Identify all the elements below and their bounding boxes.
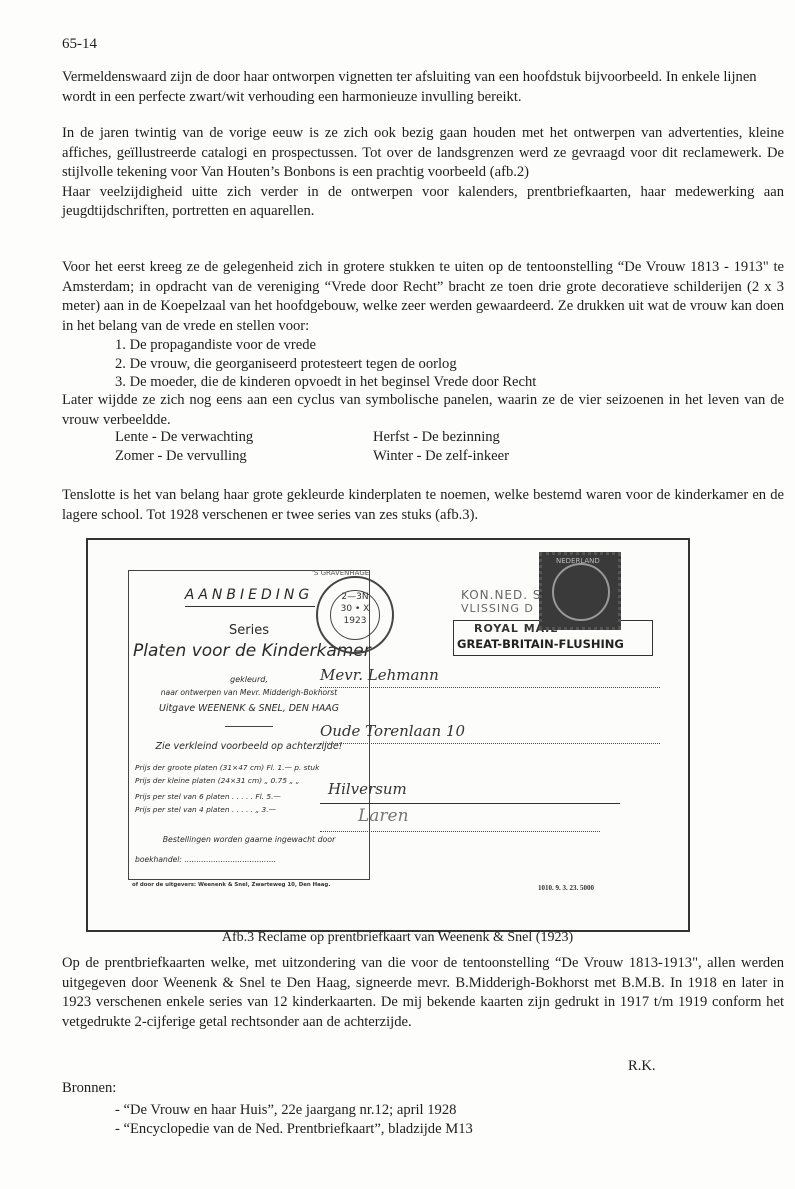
card-print-code: 1010. 9. 3. 23. 5000: [538, 884, 594, 892]
ad-divider: [225, 726, 273, 727]
ad-price-line: Prijs der groote platen (31×47 cm) Fl. 1…: [135, 763, 319, 772]
paragraph-prentbriefkaarten: Op de prentbriefkaarten welke, met uitzo…: [62, 954, 784, 1032]
stamp-label: NEDERLAND: [556, 557, 600, 565]
postmark-line: 1923: [331, 615, 379, 627]
season-item: Winter - De zelf-inkeer: [373, 447, 509, 467]
page-number: 65-14: [62, 36, 97, 53]
cancel-text: VLISSING D: [461, 602, 534, 615]
stamp-oval: [552, 563, 610, 621]
handwritten-name: Mevr. Lehmann: [320, 666, 439, 684]
postmark-date: 2—3N 30 • X 1923: [330, 590, 380, 640]
paragraph-tentoonstelling: Voor het eerst kreeg ze de gelegenheid z…: [62, 258, 784, 336]
handwritten-street: Oude Torenlaan 10: [320, 722, 465, 740]
address-line: [320, 686, 660, 688]
ad-bestellingen: Bestellingen worden gaarne ingewacht doo…: [129, 835, 369, 844]
list-item: 1. De propagandiste voor de vrede: [115, 336, 316, 356]
paragraph-advertenties: In de jaren twintig van de vorige eeuw i…: [62, 124, 784, 222]
ad-title-underline: [185, 606, 315, 607]
paragraph-veelzijdigheid: Haar veelzijdigheid uitte zich verder in…: [62, 183, 784, 222]
postmark-ring-text: 'S GRAVENHAGE: [312, 569, 369, 577]
ad-price-line: Prijs per stel van 6 platen . . . . . Fl…: [135, 792, 281, 801]
postcard-figure: AANBIEDING Series Platen voor de Kinderk…: [86, 538, 690, 932]
ad-footer: of door de uitgevers: Weenenk & Snel, Zw…: [132, 882, 330, 888]
paragraph-advertenties-text: In de jaren twintig van de vorige eeuw i…: [62, 124, 784, 183]
postmark-line: 30 • X: [331, 603, 379, 615]
source-item: - “Encyclopedie van de Ned. Prentbriefka…: [115, 1121, 473, 1138]
season-item: Zomer - De vervulling: [115, 447, 247, 467]
season-item: Lente - De verwachting: [115, 428, 253, 448]
figure-caption: Afb.3 Reclame op prentbriefkaart van Wee…: [0, 930, 795, 946]
author-signature: R.K.: [628, 1058, 656, 1075]
ad-price-line: Prijs per stel van 4 platen . . . . . „ …: [135, 805, 276, 814]
sources-heading: Bronnen:: [62, 1080, 116, 1097]
paragraph-kinderplaten: Tenslotte is het van belang haar grote g…: [62, 486, 784, 525]
source-item: - “De Vrouw en haar Huis”, 22e jaargang …: [115, 1102, 456, 1119]
postmark-line: 2—3N: [331, 591, 379, 603]
list-item: 2. De vrouw, die georganiseerd protestee…: [115, 355, 457, 375]
ad-price-line: Prijs der kleine platen (24×31 cm) „ 0.7…: [135, 776, 299, 785]
paragraph-seizoenen: Later wijdde ze zich nog eens aan een cy…: [62, 391, 784, 430]
stamp-icon: NEDERLAND: [539, 552, 621, 630]
postmark-icon: 'S GRAVENHAGE 2—3N 30 • X 1923: [316, 576, 394, 654]
list-item: 3. De moeder, die de kinderen opvoedt in…: [115, 373, 536, 393]
cancel-great-britain-flushing: GREAT-BRITAIN-FLUSHING: [457, 637, 624, 651]
ad-publisher: Uitgave WEENENK & SNEL, DEN HAAG: [129, 703, 369, 714]
handwritten-city: Hilversum: [328, 780, 407, 798]
ad-boekhandel: boekhandel: ............................…: [135, 855, 276, 864]
cancel-text: KON.NED. ST: [461, 588, 550, 602]
address-line: [320, 802, 620, 804]
address-line: [320, 742, 660, 744]
ad-designer: naar ontwerpen van Mevr. Midderigh-Bokho…: [129, 688, 369, 697]
season-item: Herfst - De bezinning: [373, 428, 500, 448]
paragraph-vignetten: Vermeldenswaard zijn de door haar ontwor…: [62, 68, 784, 107]
handwritten-laren: Laren: [358, 806, 409, 826]
address-line: [320, 830, 600, 832]
